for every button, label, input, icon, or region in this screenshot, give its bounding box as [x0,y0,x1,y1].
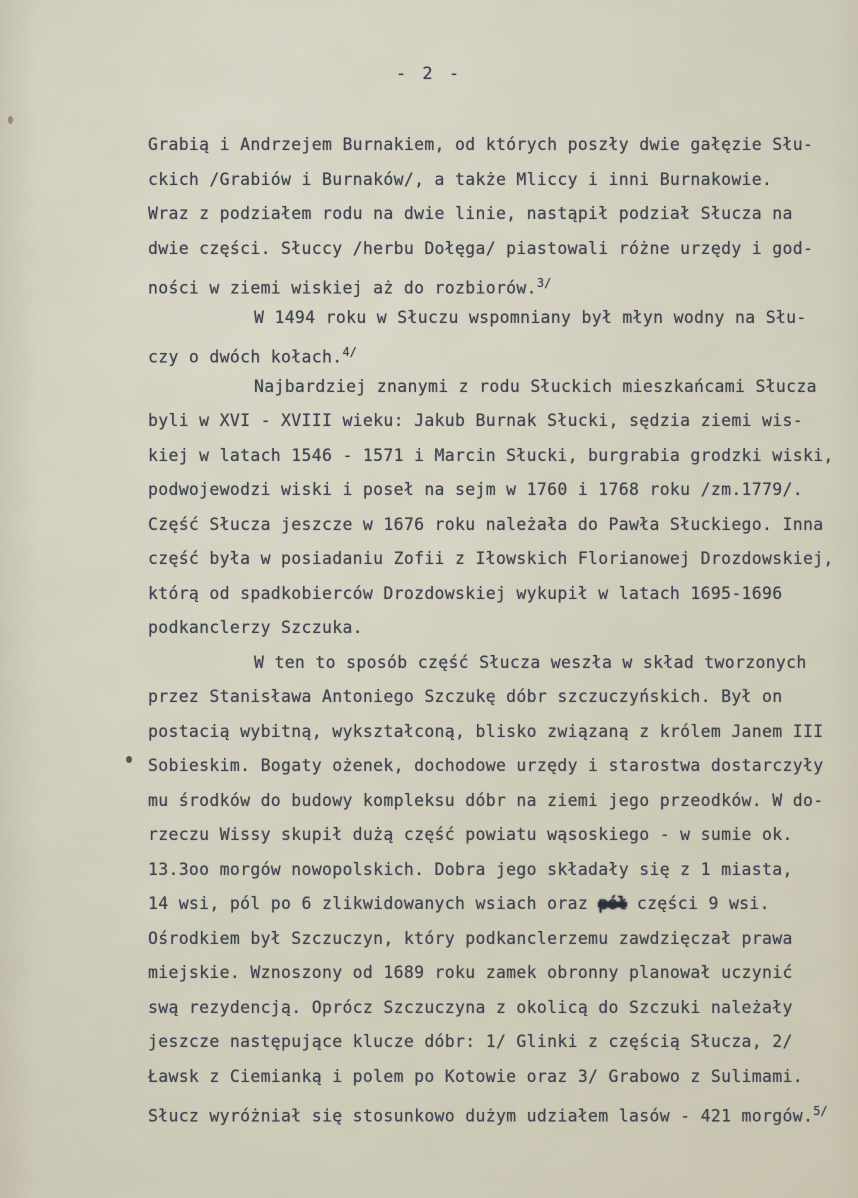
text-segment: Ośrodkiem był Szczuczyn, który podkancle… [148,929,793,948]
text-line: Ośrodkiem był Szczuczyn, który podkancle… [148,922,852,957]
text-segment: Najbardziej znanymi z rodu Słuckich mies… [254,377,817,396]
text-segment: jeszcze następujące klucze dóbr: 1/ Glin… [148,1032,793,1051]
footnote-marker: 4/ [342,345,356,359]
paragraph: W ten to sposób część Słucza weszła w sk… [148,646,852,1129]
text-line: Najbardziej znanymi z rodu Słuckich mies… [148,370,852,405]
text-line: podwojewodzi wiski i poseł na sejm w 176… [148,473,852,508]
text-line: Część Słucza jeszcze w 1676 roku należał… [148,508,852,543]
ink-speck [126,756,132,763]
text-line: W ten to sposób część Słucza weszła w sk… [148,646,852,681]
text-line: 13.3oo morgów nowopolskich. Dobra jego s… [148,853,852,888]
text-line: jeszcze następujące klucze dóbr: 1/ Glin… [148,1025,852,1060]
text-segment: czy o dwóch kołach. [148,348,342,367]
text-line: W 1494 roku w Słuczu wspomniany był młyn… [148,301,852,336]
text-line: Wraz z podziałem rodu na dwie linie, nas… [148,197,852,232]
footnote-marker: 5/ [813,1104,827,1118]
text-segment: Grabią i Andrzejem Burnakiem, od których… [148,135,813,154]
text-segment: miejskie. Wznoszony od 1689 roku zamek o… [148,963,793,982]
text-segment: Sobieskim. Bogaty ożenek, dochodowe urzę… [148,756,823,775]
text-segment: ckich /Grabiów i Burnaków/, a także Mlic… [148,170,772,189]
text-line: swą rezydencją. Oprócz Szczuczyna z okol… [148,991,852,1026]
text-segment: 13.3oo morgów nowopolskich. Dobra jego s… [148,860,793,879]
text-segment: którą od spadkobierców Drozdowskiej wyku… [148,584,783,603]
text-segment: kiej w latach 1546 - 1571 i Marcin Słuck… [148,446,834,465]
text-segment: części 9 wsi. [627,894,770,913]
text-segment: Słucz wyróżniał się stosunkowo dużym udz… [148,1107,813,1126]
text-segment: dwie części. Słuccy /herbu Dołęga/ piast… [148,239,813,258]
text-segment: Część Słucza jeszcze w 1676 roku należał… [148,515,823,534]
paragraph: W 1494 roku w Słuczu wspomniany był młyn… [148,301,852,370]
text-line: Grabią i Andrzejem Burnakiem, od których… [148,128,852,163]
text-line: czy o dwóch kołach.4/ [148,335,852,370]
text-segment: byli w XVI - XVIII wieku: Jakub Burnak S… [148,411,803,430]
scanned-page: - 2 - Grabią i Andrzejem Burnakiem, od k… [0,0,858,1198]
overstruck-word: pół [598,894,626,913]
text-segment: Wraz z podziałem rodu na dwie linie, nas… [148,204,793,223]
text-line: część była w posiadaniu Zofii z Iłowskic… [148,542,852,577]
text-segment: W 1494 roku w Słuczu wspomniany był młyn… [254,308,807,327]
text-line: Sobieskim. Bogaty ożenek, dochodowe urzę… [148,749,852,784]
paragraph: Grabią i Andrzejem Burnakiem, od których… [148,128,852,301]
document-body: Grabią i Andrzejem Burnakiem, od których… [148,128,852,1129]
text-segment: Ławsk z Ciemianką i polem po Kotowie ora… [148,1067,803,1086]
footnote-marker: 3/ [537,276,551,290]
text-segment: przez Stanisława Antoniego Szczukę dóbr … [148,687,783,706]
page-number: - 2 - [0,64,858,84]
text-segment: postacią wybitną, wykształconą, blisko z… [148,722,823,741]
text-segment: podwojewodzi wiski i poseł na sejm w 176… [148,480,803,499]
text-line: miejskie. Wznoszony od 1689 roku zamek o… [148,956,852,991]
text-line: przez Stanisława Antoniego Szczukę dóbr … [148,680,852,715]
text-line: ności w ziemi wiskiej aż do rozbiorów.3/ [148,266,852,301]
text-line: mu środków do budowy kompleksu dóbr na z… [148,784,852,819]
text-line: Słucz wyróżniał się stosunkowo dużym udz… [148,1094,852,1129]
text-segment: W ten to sposób część Słucza weszła w sk… [254,653,807,672]
text-line: 14 wsi, pól po 6 zlikwidowanych wsiach o… [148,887,852,922]
text-segment: podkanclerzy Szczuka. [148,618,363,637]
text-line: ckich /Grabiów i Burnaków/, a także Mlic… [148,163,852,198]
text-segment: rzeczu Wissy skupił dużą część powiatu w… [148,825,793,844]
text-segment: swą rezydencją. Oprócz Szczuczyna z okol… [148,998,793,1017]
text-line: postacią wybitną, wykształconą, blisko z… [148,715,852,750]
text-line: kiej w latach 1546 - 1571 i Marcin Słuck… [148,439,852,474]
text-line: dwie części. Słuccy /herbu Dołęga/ piast… [148,232,852,267]
ink-speck [8,116,13,124]
text-segment: część była w posiadaniu Zofii z Iłowskic… [148,549,834,568]
text-line: podkanclerzy Szczuka. [148,611,852,646]
text-segment: mu środków do budowy kompleksu dóbr na z… [148,791,823,810]
text-segment: ności w ziemi wiskiej aż do rozbiorów. [148,279,537,298]
text-line: byli w XVI - XVIII wieku: Jakub Burnak S… [148,404,852,439]
text-line: rzeczu Wissy skupił dużą część powiatu w… [148,818,852,853]
paragraph: Najbardziej znanymi z rodu Słuckich mies… [148,370,852,646]
text-line: Ławsk z Ciemianką i polem po Kotowie ora… [148,1060,852,1095]
text-line: którą od spadkobierców Drozdowskiej wyku… [148,577,852,612]
text-segment: 14 wsi, pól po 6 zlikwidowanych wsiach o… [148,894,598,913]
